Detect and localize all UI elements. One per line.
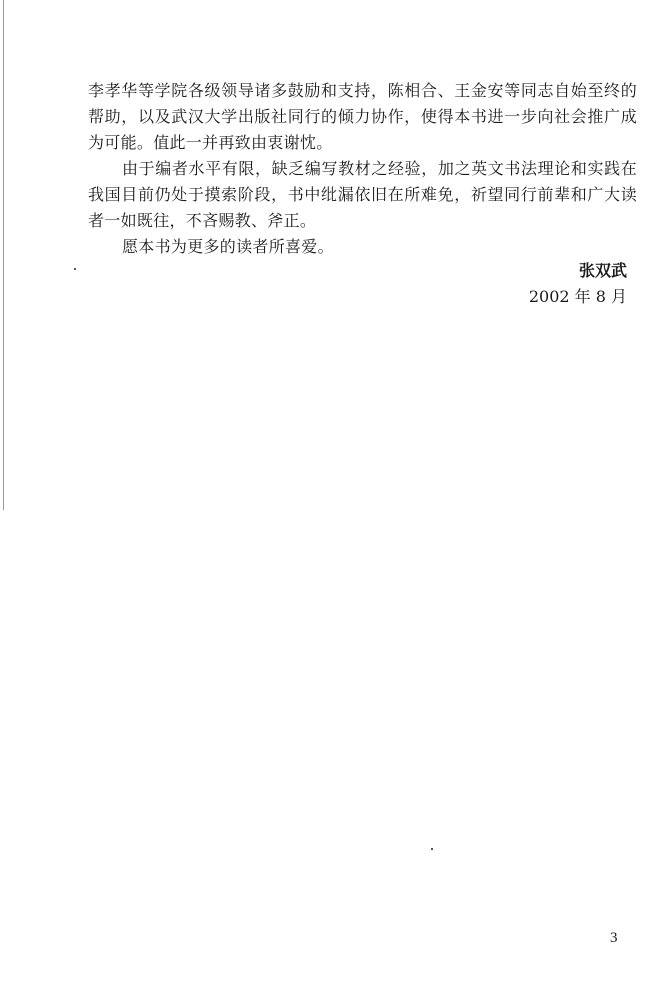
paragraph-closing-wish: 愿本书为更多的读者所喜爱。: [88, 234, 637, 260]
scan-speck: [431, 848, 433, 850]
scan-speck: [74, 268, 76, 270]
paragraph-apology: 由于编者水平有限，缺乏编写教材之经验，加之英文书法理论和实践在我国目前仍处于摸索…: [88, 156, 637, 234]
page-edge-line: [3, 0, 4, 510]
document-body: 李孝华等学院各级领导诸多鼓励和支持，陈相合、王金安等同志自始至终的帮助，以及武汉…: [88, 78, 637, 260]
paragraph-acknowledgements: 李孝华等学院各级领导诸多鼓励和支持，陈相合、王金安等同志自始至终的帮助，以及武汉…: [88, 78, 637, 156]
page-number: 3: [610, 930, 618, 947]
author-signature: 张双武: [579, 258, 627, 284]
signature-date: 2002 年 8 月: [529, 284, 627, 310]
